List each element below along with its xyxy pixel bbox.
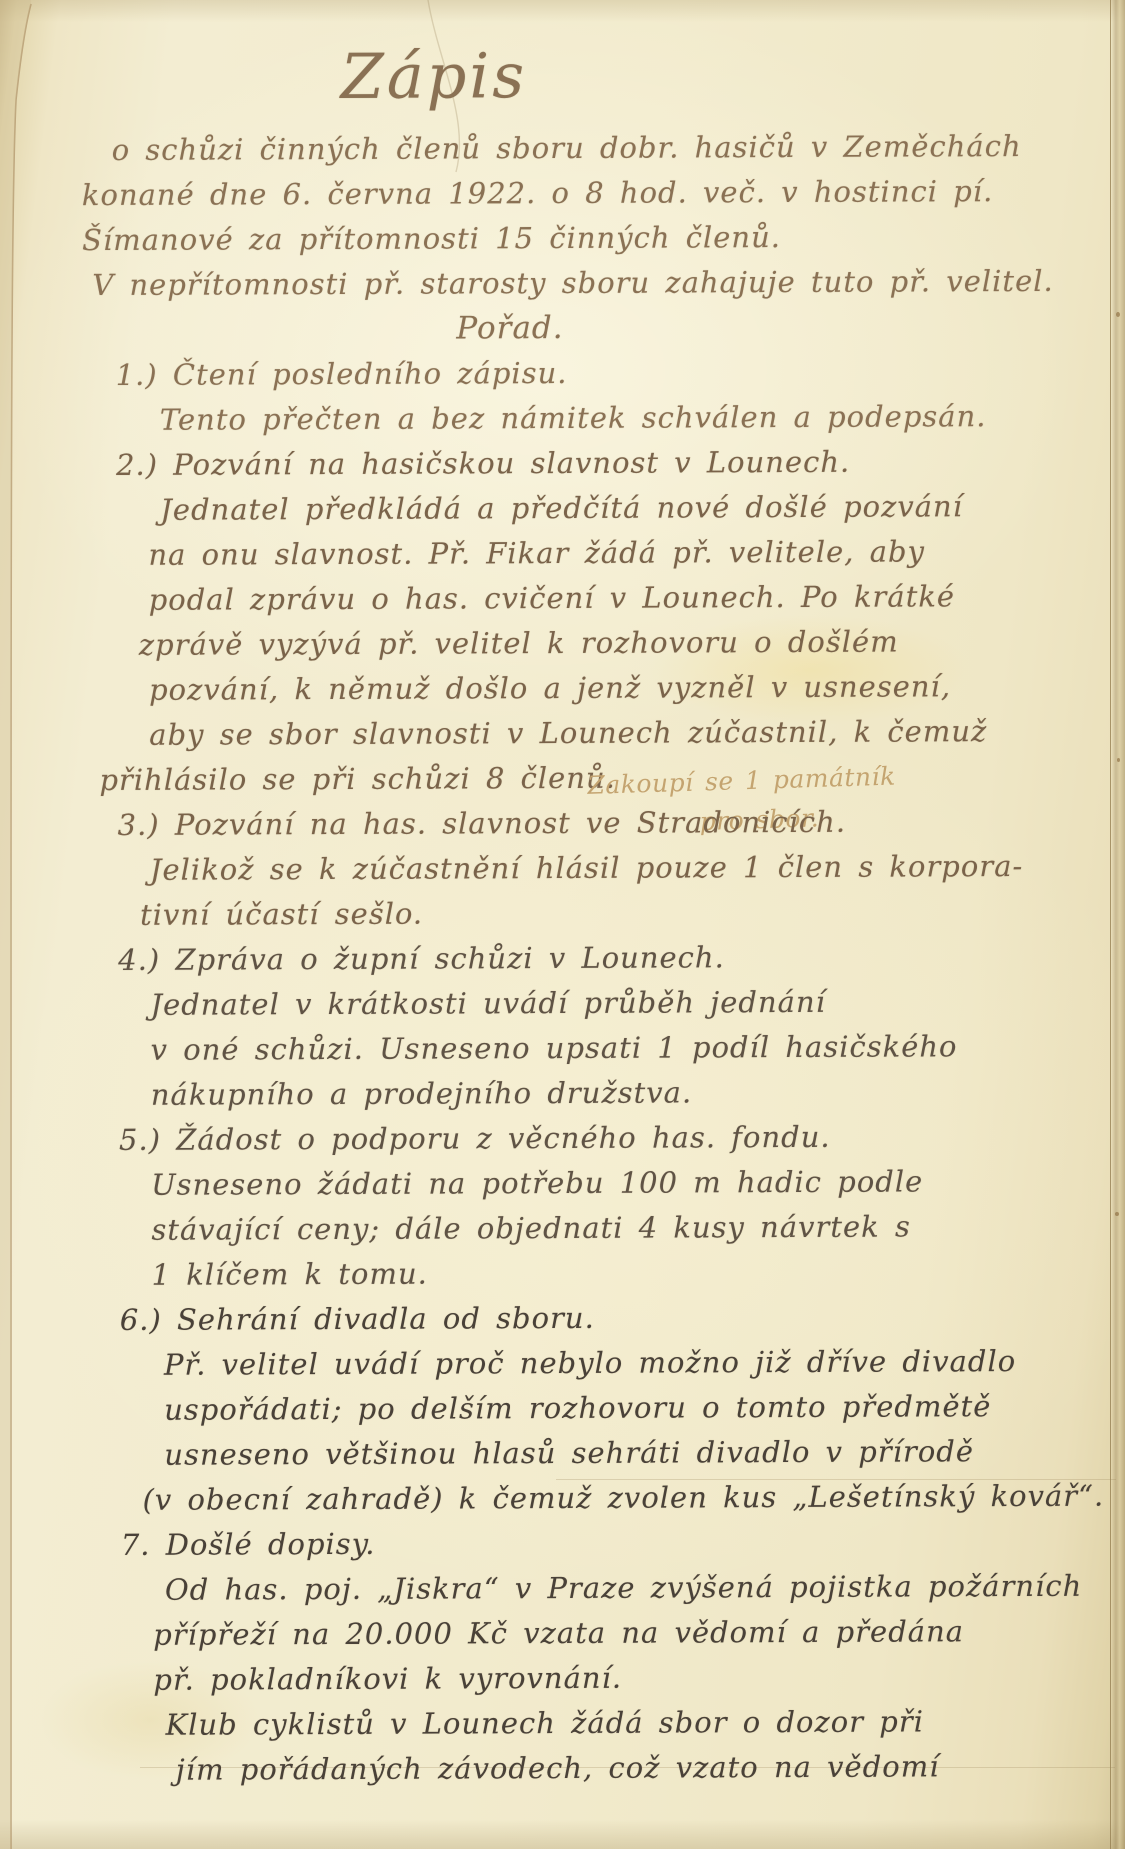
page-title: Zápis	[0, 24, 1122, 129]
manuscript-line: Tento přečten a bez námitek schválen a p…	[0, 394, 1123, 444]
manuscript-line: o schůzi činných členů sboru dobr. hasič…	[0, 124, 1122, 174]
manuscript-line: 5.) Žádost o podporu z věcného has. fond…	[1, 1114, 1125, 1164]
manuscript-line: na onu slavnost. Př. Fikar žádá př. veli…	[0, 529, 1124, 579]
manuscript-line: podal zprávu o has. cvičení v Lounech. P…	[0, 574, 1124, 624]
manuscript-line: Př. velitel uvádí proč nebylo možno již …	[2, 1339, 1125, 1389]
manuscript-line: Pořad.	[0, 304, 1123, 354]
manuscript-line: přihlásilo se při schůzi 8 členů.Zakoupí…	[0, 754, 1125, 804]
manuscript-line: 6.) Sehrání divadla od sboru.	[2, 1294, 1125, 1344]
manuscript-line: nákupního a prodejního družstva.	[1, 1069, 1125, 1119]
manuscript-line: Šímanové za přítomnosti 15 činných členů…	[0, 214, 1122, 264]
manuscript-line: Jednatel v krátkosti uvádí průběh jednán…	[0, 979, 1125, 1029]
manuscript-line: uspořádati; po delším rozhovoru o tomto …	[2, 1384, 1125, 1434]
manuscript-line: stávající ceny; dále objednati 4 kusy ná…	[1, 1204, 1125, 1254]
manuscript-line: 2.) Pozvání na hasičskou slavnost v Loun…	[0, 439, 1123, 489]
manuscript-line: Od has. poj. „Jiskra“ v Praze zvýšená po…	[3, 1564, 1125, 1614]
manuscript-line: 3.) Pozvání na has. slavnost ve Stradoni…	[0, 799, 1125, 849]
manuscript-line: Jelikož se k zúčastnění hlásil pouze 1 č…	[0, 844, 1125, 894]
manuscript-line: Jednatel předkládá a předčítá nové došlé…	[0, 484, 1123, 534]
manuscript-line: 1.) Čtení posledního zápisu.	[0, 349, 1123, 399]
manuscript-line: pozvání, k němuž došlo a jenž vyzněl v u…	[0, 664, 1124, 714]
manuscript-line: konané dne 6. června 1922. o 8 hod. več.…	[0, 169, 1122, 219]
manuscript-line: jím pořádaných závodech, což vzato na vě…	[4, 1744, 1125, 1794]
manuscript-line: Klub cyklistů v Lounech žádá sbor o dozo…	[3, 1699, 1125, 1749]
manuscript-text: Zápis o schůzi činných členů sboru dobr.…	[0, 24, 1125, 1794]
manuscript-line: v oné schůzi. Usneseno upsati 1 podíl ha…	[1, 1024, 1125, 1074]
scanned-manuscript-page: Zápis o schůzi činných členů sboru dobr.…	[0, 0, 1125, 1849]
manuscript-line: V nepřítomnosti př. starosty sboru zahaj…	[0, 259, 1122, 309]
manuscript-line: (v obecní zahradě) k čemuž zvolen kus „L…	[2, 1474, 1125, 1524]
manuscript-line: usneseno většinou hlasů sehráti divadlo …	[2, 1429, 1125, 1479]
manuscript-line: přípřeží na 20.000 Kč vzata na vědomí a …	[3, 1609, 1125, 1659]
manuscript-lines: o schůzi činných členů sboru dobr. hasič…	[0, 124, 1125, 1794]
manuscript-line: 4.) Zpráva o župní schůzi v Lounech.	[0, 934, 1125, 984]
manuscript-line: zprávě vyzývá př. velitel k rozhovoru o …	[0, 619, 1124, 669]
manuscript-line: aby se sbor slavnosti v Lounech zúčastni…	[0, 709, 1124, 759]
manuscript-line: tivní účastí sešlo.	[0, 889, 1125, 939]
manuscript-line: př. pokladníkovi k vyrovnání.	[3, 1654, 1125, 1704]
manuscript-line: 1 klíčem k tomu.	[1, 1249, 1125, 1299]
manuscript-line: 7. Došlé dopisy.	[3, 1519, 1125, 1569]
manuscript-line: Usneseno žádati na potřebu 100 m hadic p…	[1, 1159, 1125, 1209]
